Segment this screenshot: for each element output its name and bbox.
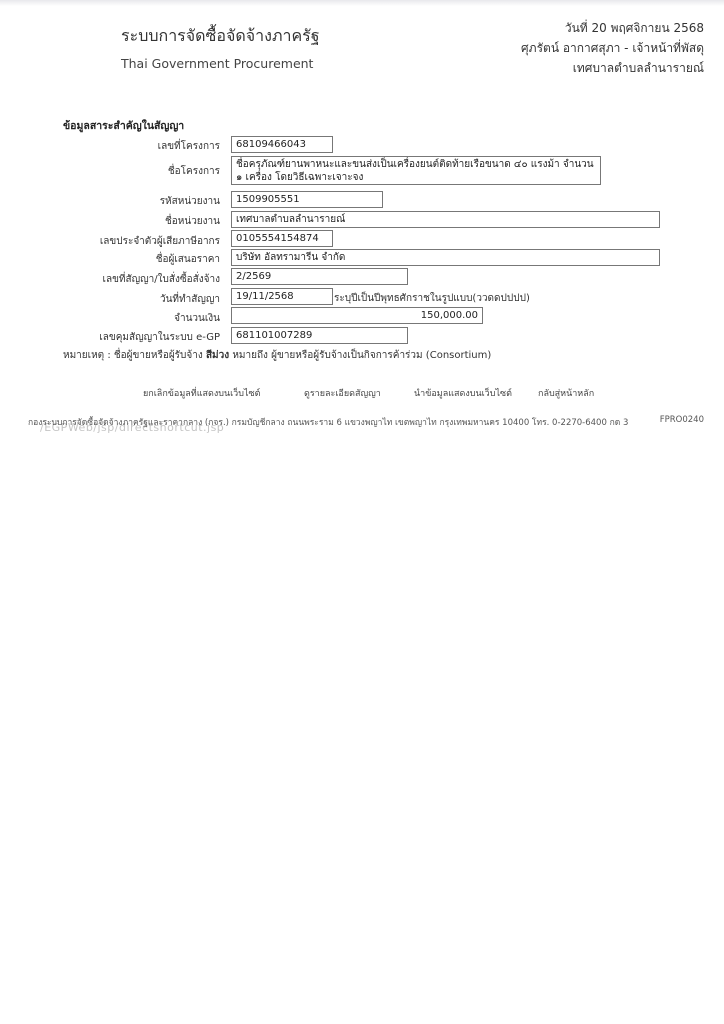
egp-no-label: เลขคุมสัญญาในระบบ e-GP	[20, 330, 220, 345]
project-no-field[interactable]: 68109466043	[231, 136, 333, 153]
contract-no-label: เลขที่สัญญา/ใบสั่งซื้อสั่งจ้าง	[20, 272, 220, 287]
header-user-info: วันที่ 20 พฤศจิกายน 2568 ศุภรัตน์ อากาศส…	[521, 18, 704, 78]
agency-code-label: รหัสหน่วยงาน	[20, 194, 220, 209]
bidder-field[interactable]: บริษัท อัลทรามารีน จำกัด	[231, 249, 660, 266]
note-highlight: สีม่วง	[206, 350, 229, 361]
home-link[interactable]: กลับสู่หน้าหลัก	[538, 386, 594, 400]
bidder-label: ชื่อผู้เสนอราคา	[20, 252, 220, 267]
page-title-thai: ระบบการจัดซื้อจัดจ้างภาครัฐ	[121, 24, 320, 49]
amount-field[interactable]: 150,000.00	[231, 307, 483, 324]
agency-name-field[interactable]: เทศบาลตำบลลำนารายณ์	[231, 211, 660, 228]
project-no-label: เลขที่โครงการ	[20, 139, 220, 154]
project-name-label: ชื่อโครงการ	[20, 164, 220, 179]
agency-name-label: ชื่อหน่วยงาน	[20, 214, 220, 229]
publish-link[interactable]: นำข้อมูลแสดงบนเว็บไซต์	[414, 386, 512, 400]
cancel-publish-link[interactable]: ยกเลิกข้อมูลที่แสดงบนเว็บไซต์	[143, 386, 260, 400]
footer-address: กองระบบการจัดซื้อจัดจ้างภาครัฐและราคากลา…	[28, 415, 628, 429]
scan-edge	[0, 0, 724, 6]
header-date: วันที่ 20 พฤศจิกายน 2568	[521, 18, 704, 38]
view-contract-link[interactable]: ดูรายละเอียดสัญญา	[304, 386, 381, 400]
tax-id-field[interactable]: 0105554154874	[231, 230, 333, 247]
contract-date-label: วันที่ทำสัญญา	[20, 292, 220, 307]
section-title: ข้อมูลสาระสำคัญในสัญญา	[63, 117, 184, 134]
project-name-field[interactable]: ชื่อครุภัณฑ์ยานพาหนะและขนส่งเป็นเครื่องย…	[231, 156, 601, 185]
header-organization: เทศบาลตำบลลำนารายณ์	[521, 58, 704, 78]
amount-label: จำนวนเงิน	[20, 311, 220, 326]
contract-no-field[interactable]: 2/2569	[231, 268, 408, 285]
consortium-note: หมายเหตุ : ชื่อผู้ขายหรือผู้รับจ้าง สีม่…	[63, 348, 491, 363]
note-prefix: หมายเหตุ : ชื่อผู้ขายหรือผู้รับจ้าง	[63, 350, 203, 361]
contract-date-field[interactable]: 19/11/2568	[231, 288, 333, 305]
header-officer: ศุภรัตน์ อากาศสุภา - เจ้าหน้าที่พัสดุ	[521, 38, 704, 58]
contract-date-hint: ระบุปีเป็นปีพุทธศักราชในรูปแบบ(ววดดปปปป)	[334, 291, 530, 306]
footer-form-code: FPRO0240	[660, 415, 704, 425]
egp-no-field[interactable]: 681101007289	[231, 327, 408, 344]
page-title-english: Thai Government Procurement	[121, 56, 313, 71]
agency-code-field[interactable]: 1509905551	[231, 191, 383, 208]
note-suffix: หมายถึง ผู้ขายหรือผู้รับจ้างเป็นกิจการค้…	[232, 350, 491, 361]
tax-id-label: เลขประจำตัวผู้เสียภาษีอากร	[20, 234, 220, 249]
